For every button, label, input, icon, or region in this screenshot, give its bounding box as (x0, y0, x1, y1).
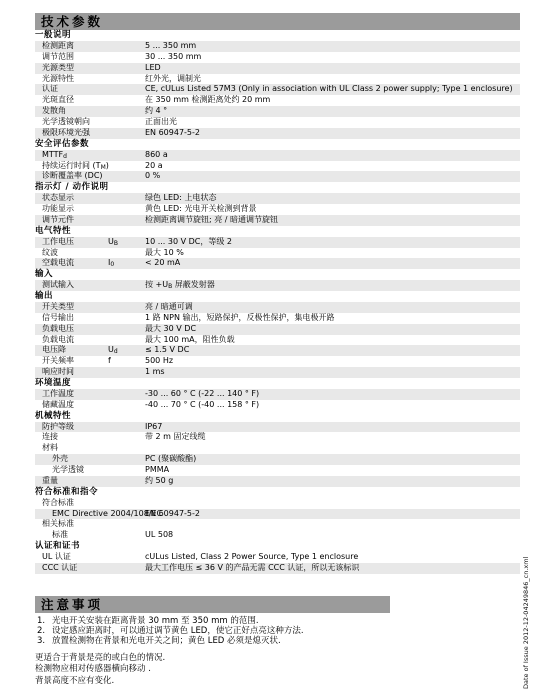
spec-row-value: 1 ms (145, 367, 165, 378)
spec-row-label: 测试输入 (42, 280, 74, 291)
spec-row: UL 认证cULus Listed, Class 2 Power Source,… (35, 552, 520, 563)
spec-row: 诊断覆盖率 (DC)0 % (35, 171, 520, 182)
note-item: 2.设定感应距离时，可以通过调节黄色 LED，使它正好点亮这种方法. (37, 626, 558, 636)
datasheet-page: 技术参数 一般说明检测距离5 ... 350 mm调节范围30 ... 350 … (0, 13, 558, 687)
document-file-id: 249846_cn.xml (522, 557, 530, 607)
section-header: 指示灯 / 动作说明 (35, 182, 520, 193)
section-header: 输出 (35, 291, 520, 302)
spec-row: 工作电压UB10 ... 30 V DC，等级 2 (35, 237, 520, 248)
spec-row-value: 红外光，调制光 (145, 74, 201, 85)
note-number: 1. (37, 616, 52, 626)
spec-row: 响应时间1 ms (35, 367, 520, 378)
note-text: 光电开关安装在距离背景 30 mm 至 350 mm 的范围. (52, 616, 259, 626)
spec-row-value: LED (145, 63, 161, 74)
spec-row-value: 正面出光 (145, 117, 177, 128)
spec-row-symbol: I0 (108, 258, 114, 269)
spec-row-value: PMMA (145, 465, 169, 476)
spec-row-value: 检测距离调节旋钮; 亮 / 暗通调节旋钮 (145, 215, 278, 226)
subscript: B (168, 283, 172, 290)
document-meta-vertical-text: Date of Issue 2012-12-04 249846_cn.xml (522, 572, 530, 689)
spec-row-label: 储藏温度 (42, 400, 74, 411)
spec-row-label: 外壳 (52, 454, 68, 465)
subscript: d (114, 348, 118, 355)
spec-row-label: 诊断覆盖率 (DC) (42, 171, 103, 182)
spec-row-value: EN 60947-5-2 (145, 509, 200, 520)
spec-row: 重量约 50 g (35, 476, 520, 487)
spec-row: 空载电流I0< 20 mA (35, 258, 520, 269)
spec-row-label: 标准 (52, 530, 68, 541)
spec-row: 标准UL 508 (35, 530, 520, 541)
spec-row-label: 开关类型 (42, 302, 74, 313)
spec-row-value: 黄色 LED: 光电开关检测到背景 (145, 204, 256, 215)
spec-row-label: 发散角 (42, 106, 66, 117)
spec-row: 功能显示黄色 LED: 光电开关检测到背景 (35, 204, 520, 215)
spec-row: 发散角约 4 ° (35, 106, 520, 117)
note-number: 2. (37, 626, 52, 636)
spec-row-value: 最大 100 mA，阻性负载 (145, 335, 235, 346)
spec-row-value: 绿色 LED: 上电状态 (145, 193, 216, 204)
spec-row-label: 工作电压 (42, 237, 74, 248)
spec-row-label: 光斑直径 (42, 95, 74, 106)
spec-row-label: 符合标准 (42, 498, 74, 509)
spec-row-value: PC (聚碳酸酯) (145, 454, 196, 465)
spec-row: 负载电流最大 100 mA，阻性负载 (35, 335, 520, 346)
spec-row-value: 在 350 mm 检测距离处约 20 mm (145, 95, 270, 106)
note-paragraph: 背景高度不应有变化. (35, 676, 558, 688)
spec-row-value: 按 +UB 屏蔽发射器 (145, 280, 215, 291)
spec-row: MTTFd860 a (35, 150, 520, 161)
spec-row-symbol: UB (108, 237, 118, 248)
spec-row-label: 光源类型 (42, 63, 74, 74)
spec-row: 光学透镜朝向正面出光 (35, 117, 520, 128)
spec-row-label: 纹波 (42, 248, 58, 259)
section-header: 输入 (35, 269, 520, 280)
spec-row: 持续运行时间 (TM)20 a (35, 161, 520, 172)
section-header: 一般说明 (35, 30, 520, 41)
subscript: M (101, 164, 106, 171)
spec-row: 连接带 2 m 固定线缆 (35, 432, 520, 443)
spec-row: 相关标准 (35, 519, 520, 530)
spec-row-value: CE, cULus Listed 57M3 (Only in associati… (145, 84, 513, 95)
spec-row-value: 5 ... 350 mm (145, 41, 196, 52)
technical-data-header-bar: 技术参数 (35, 13, 520, 30)
spec-row-value: 20 a (145, 161, 163, 172)
spec-row-symbol: f (108, 356, 111, 367)
section-header: 机械特性 (35, 411, 520, 422)
spec-row-label: 光学透镜 (52, 465, 84, 476)
spec-row-value: 约 50 g (145, 476, 173, 487)
spec-row: 工作温度-30 ... 60 ° C (-22 ... 140 ° F) (35, 389, 520, 400)
spec-row: 光学透镜PMMA (35, 465, 520, 476)
spec-row-label: 认证 (42, 84, 58, 95)
spec-row-value: 30 ... 350 mm (145, 52, 201, 63)
spec-row: 材料 (35, 443, 520, 454)
spec-row-label: 信号输出 (42, 313, 74, 324)
spec-row-label: 连接 (42, 432, 58, 443)
spec-row-label: 空载电流 (42, 258, 74, 269)
note-text: 放置检测物在背景和光电开关之间；黄色 LED 必须是熄灭状. (52, 636, 281, 646)
spec-row: 调节范围30 ... 350 mm (35, 52, 520, 63)
spec-row-value: EN 60947-5-2 (145, 128, 200, 139)
spec-row: 开关类型亮 / 暗通可调 (35, 302, 520, 313)
spec-row: 光源特性红外光，调制光 (35, 74, 520, 85)
section-header: 电气特性 (35, 226, 520, 237)
spec-row-value: 10 ... 30 V DC，等级 2 (145, 237, 232, 248)
spec-row-label: 检测距离 (42, 41, 74, 52)
spec-row-label: CCC 认证 (42, 563, 77, 574)
section-header: 安全评估参数 (35, 139, 520, 150)
spec-row: 负载电压最大 30 V DC (35, 324, 520, 335)
spec-row-value: 最大 30 V DC (145, 324, 196, 335)
note-item: 3.放置检测物在背景和光电开关之间；黄色 LED 必须是熄灭状. (37, 636, 558, 646)
spec-row-value: < 20 mA (145, 258, 180, 269)
spec-row-label: 光源特性 (42, 74, 74, 85)
spec-row-label: 工作温度 (42, 389, 74, 400)
spec-row: 防护等级IP67 (35, 422, 520, 433)
subscript: 0 (110, 261, 114, 268)
spec-table: 一般说明检测距离5 ... 350 mm调节范围30 ... 350 mm光源类… (35, 30, 520, 574)
spec-row-value: 带 2 m 固定线缆 (145, 432, 206, 443)
note-number: 3. (37, 636, 52, 646)
spec-row: 测试输入按 +UB 屏蔽发射器 (35, 280, 520, 291)
spec-row-label: 光学透镜朝向 (42, 117, 90, 128)
spec-row: 光斑直径在 350 mm 检测距离处约 20 mm (35, 95, 520, 106)
spec-row-label: 状态显示 (42, 193, 74, 204)
spec-row-label: 电压降 (42, 345, 66, 356)
spec-row: 符合标准 (35, 498, 520, 509)
spec-row-label: 调节范围 (42, 52, 74, 63)
notes-header-bar: 注意事项 (35, 596, 390, 613)
spec-row-value: cULus Listed, Class 2 Power Source, Type… (145, 552, 358, 563)
spec-row-value: 最大 10 % (145, 248, 184, 259)
spec-row-label: 防护等级 (42, 422, 74, 433)
spec-row-label: 材料 (42, 443, 58, 454)
spec-row: 极限环境光强EN 60947-5-2 (35, 128, 520, 139)
note-text: 设定感应距离时，可以通过调节黄色 LED，使它正好点亮这种方法. (52, 626, 304, 636)
note-item: 1.光电开关安装在距离背景 30 mm 至 350 mm 的范围. (37, 616, 558, 626)
spec-row-symbol: Ud (108, 345, 118, 356)
subscript: d (63, 153, 67, 160)
subscript: B (114, 240, 118, 247)
spec-row-value: 亮 / 暗通可调 (145, 302, 193, 313)
spec-row: 外壳PC (聚碳酸酯) (35, 454, 520, 465)
spec-row-value: UL 508 (145, 530, 173, 541)
section-header: 认证和证书 (35, 541, 520, 552)
spec-row: 纹波最大 10 % (35, 248, 520, 259)
spec-row: 调节元件检测距离调节旋钮; 亮 / 暗通调节旋钮 (35, 215, 520, 226)
spec-row-value: 860 a (145, 150, 168, 161)
spec-row: EMC Directive 2004/108/ECEN 60947-5-2 (35, 509, 520, 520)
spec-row-label: 持续运行时间 (TM) (42, 161, 109, 172)
spec-row: 电压降Ud≤ 1.5 V DC (35, 345, 520, 356)
spec-row: 信号输出1 路 NPN 输出，短路保护，反极性保护，集电极开路 (35, 313, 520, 324)
section-header: 环境温度 (35, 378, 520, 389)
spec-row-label: 开关频率 (42, 356, 74, 367)
spec-row-value: 最大工作电压 ≤ 36 V 的产品无需 CCC 认证，所以无该标识 (145, 563, 359, 574)
note-paragraph: 检测物应相对传感器横向移动 . (35, 664, 558, 676)
spec-row-label: 调节元件 (42, 215, 74, 226)
spec-row-value: -40 ... 70 ° C (-40 ... 158 ° F) (145, 400, 259, 411)
spec-row-value: 500 Hz (145, 356, 173, 367)
spec-row-value: 0 % (145, 171, 160, 182)
spec-row: 认证CE, cULus Listed 57M3 (Only in associa… (35, 84, 520, 95)
spec-row: 状态显示绿色 LED: 上电状态 (35, 193, 520, 204)
spec-row: 检测距离5 ... 350 mm (35, 41, 520, 52)
spec-row-value: -30 ... 60 ° C (-22 ... 140 ° F) (145, 389, 259, 400)
spec-row-label: 重量 (42, 476, 58, 487)
spec-row-label: UL 认证 (42, 552, 71, 563)
spec-row: 储藏温度-40 ... 70 ° C (-40 ... 158 ° F) (35, 400, 520, 411)
spec-row-value: 约 4 ° (145, 106, 167, 117)
date-of-issue: Date of Issue 2012-12-04 (522, 606, 530, 689)
spec-row-value: IP67 (145, 422, 162, 433)
spec-row: 开关频率f500 Hz (35, 356, 520, 367)
spec-row: CCC 认证最大工作电压 ≤ 36 V 的产品无需 CCC 认证，所以无该标识 (35, 563, 520, 574)
spec-row-value: 1 路 NPN 输出，短路保护，反极性保护，集电极开路 (145, 313, 335, 324)
spec-row-label: 响应时间 (42, 367, 74, 378)
spec-row: 光源类型LED (35, 63, 520, 74)
spec-row-label: 功能显示 (42, 204, 74, 215)
spec-row-label: 极限环境光强 (42, 128, 90, 139)
spec-row-label: 相关标准 (42, 519, 74, 530)
spec-row-value: ≤ 1.5 V DC (145, 345, 189, 356)
notes-list: 1.光电开关安装在距离背景 30 mm 至 350 mm 的范围.2.设定感应距… (37, 616, 558, 647)
note-paragraph: 更适合于背景是亮的或白色的情况. (35, 653, 558, 665)
notes-paragraphs: 更适合于背景是亮的或白色的情况.检测物应相对传感器横向移动 .背景高度不应有变化… (35, 653, 558, 688)
spec-row-label: 负载电压 (42, 324, 74, 335)
section-header: 符合标准和指令 (35, 487, 520, 498)
spec-row-label: 负载电流 (42, 335, 74, 346)
spec-row-label: MTTFd (42, 150, 67, 161)
